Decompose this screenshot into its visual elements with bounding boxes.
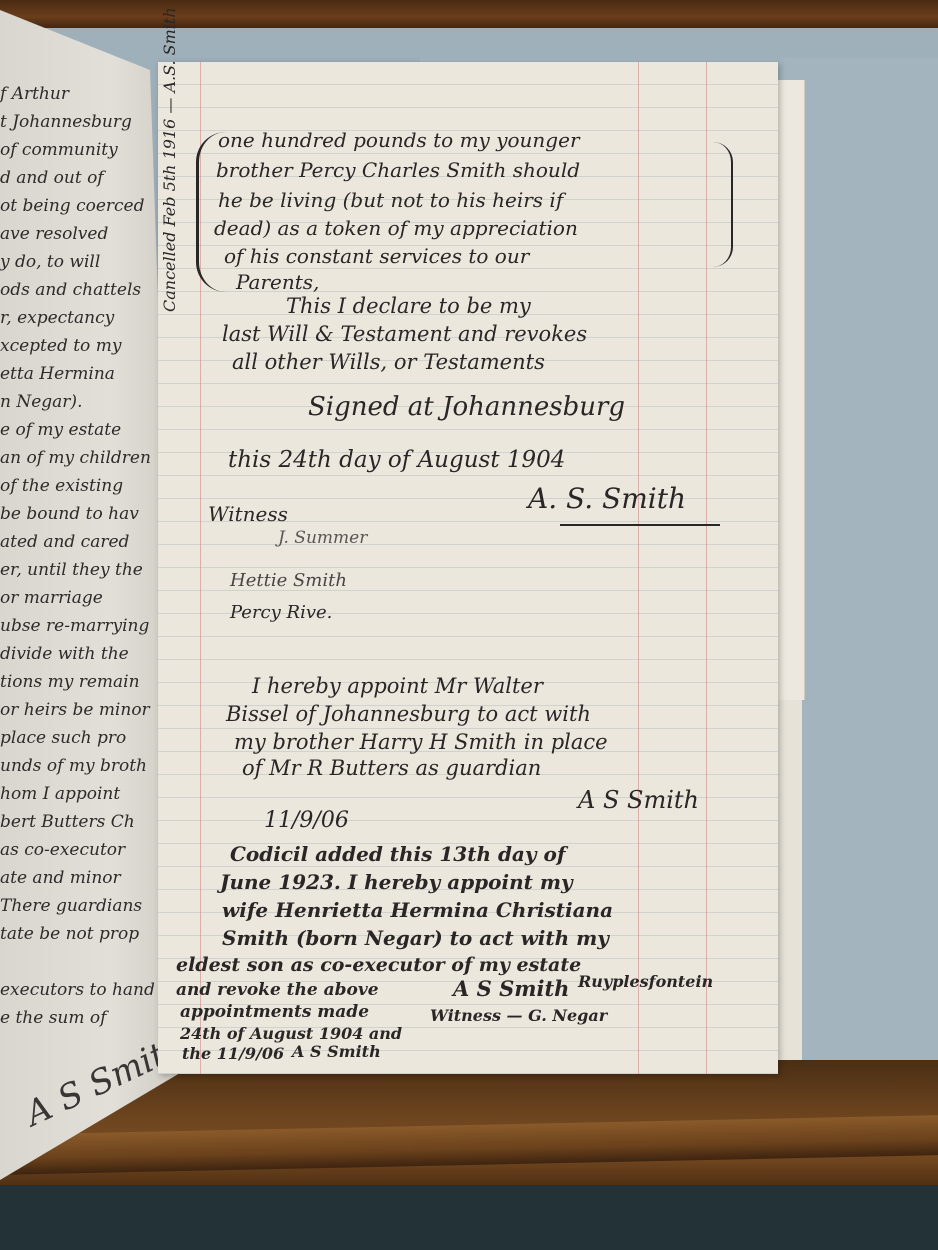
left-page-line: n Negar). (0, 388, 170, 416)
left-page-line: e of my estate (0, 416, 170, 444)
codicil-line: eldest son as co-executor of my estate (176, 954, 581, 976)
left-brace (196, 132, 226, 292)
left-page-line: xcepted to my (0, 332, 170, 360)
left-page-line: ate and minor (0, 864, 170, 892)
left-page-line: t Johannesburg (0, 108, 170, 136)
appointment-line: Bissel of Johannesburg to act with (226, 702, 591, 726)
witness-signature: Percy Rive. (230, 602, 332, 623)
codicil-signature: A S Smith (453, 976, 569, 1001)
appointment-signature: A S Smith (578, 786, 699, 814)
left-page-line: ot being coerced (0, 192, 170, 220)
witness-signature: Hettie Smith (230, 570, 347, 591)
declaration-line: last Will & Testament and revokes (222, 322, 587, 346)
left-page-line: ave resolved (0, 220, 170, 248)
appointment-line: of Mr R Butters as guardian (242, 756, 541, 780)
left-page-line: r, expectancy (0, 304, 170, 332)
left-page-line: hom I appoint (0, 780, 170, 808)
testator-signature: A. S. Smith (528, 482, 686, 515)
clause-line: dead) as a token of my appreciation (214, 216, 578, 240)
margin-line-right-2 (706, 62, 707, 1074)
signed-place: Signed at Johannesburg (308, 392, 625, 422)
left-page-line: of community (0, 136, 170, 164)
cancellation-margin-note: Cancelled Feb 5th 1916 — A.S. Smith (160, 7, 179, 312)
clause-line: one hundred pounds to my younger (218, 128, 580, 152)
witness-label: Witness (208, 502, 288, 526)
codicil-witness: Witness — G. Negar (430, 1006, 607, 1025)
appointment-date: 11/9/06 (264, 808, 349, 833)
signed-date: this 24th day of August 1904 (228, 447, 565, 473)
left-page-line: or heirs be minor (0, 696, 170, 724)
clause-line: he be living (but not to his heirs if (218, 188, 563, 212)
codicil-line: 24th of August 1904 and (180, 1024, 402, 1043)
codicil-line: Codicil added this 13th day of (230, 842, 565, 866)
wooden-shelf-top (0, 0, 938, 30)
left-page-line: of the existing (0, 472, 170, 500)
left-page-line: etta Hermina (0, 360, 170, 388)
dark-floor (0, 1185, 938, 1250)
clause-line: brother Percy Charles Smith should (216, 158, 580, 182)
codicil-line: the 11/9/06 (182, 1044, 284, 1063)
left-page-line: ubse re-marrying (0, 612, 170, 640)
left-page-line: tions my remain (0, 668, 170, 696)
codicil-line: wife Henrietta Hermina Christiana (222, 898, 613, 922)
clause-line: of his constant services to our (224, 244, 529, 268)
appointment-line: I hereby appoint Mr Walter (252, 674, 543, 698)
left-page-line: bert Butters Ch (0, 808, 170, 836)
left-page-line (0, 948, 170, 976)
left-page-line: e the sum of (0, 1004, 170, 1032)
left-page-line: unds of my broth (0, 752, 170, 780)
declaration-line: all other Wills, or Testaments (232, 350, 545, 374)
codicil-line: appointments made (180, 1002, 369, 1022)
left-page-line: divide with the (0, 640, 170, 668)
left-page-line: y do, to will (0, 248, 170, 276)
right-brace (713, 142, 733, 267)
left-page-line: or marriage (0, 584, 170, 612)
left-page-text: f Arthurt Johannesburgof communityd and … (0, 80, 170, 1032)
left-page-line: place such pro (0, 724, 170, 752)
clause-line: Parents, (236, 270, 319, 294)
declaration-line: This I declare to be my (286, 294, 531, 318)
appointment-line: my brother Harry H Smith in place (234, 730, 608, 754)
left-page-line: f Arthur (0, 80, 170, 108)
codicil-line: June 1923. I hereby appoint my (220, 870, 573, 894)
signature-underline (560, 524, 720, 526)
left-page-line: be bound to hav (0, 500, 170, 528)
left-page-line: There guardians (0, 892, 170, 920)
witness-signature: J. Summer (278, 528, 367, 548)
left-page-line: ods and chattels (0, 276, 170, 304)
left-page-line: an of my children (0, 444, 170, 472)
margin-line-right (638, 62, 639, 1074)
left-page-line: executors to hand (0, 976, 170, 1004)
left-page-line: tate be not prop (0, 920, 170, 948)
left-page-line: as co-executor (0, 836, 170, 864)
left-page-line: er, until they the (0, 556, 170, 584)
codicil-place: Ruyplesfontein (578, 972, 713, 991)
codicil-initials: A S Smith (292, 1042, 381, 1061)
will-page: Cancelled Feb 5th 1916 — A.S. Smith one … (158, 62, 778, 1074)
ruled-lines (158, 62, 778, 1074)
codicil-line: Smith (born Negar) to act with my (222, 926, 609, 950)
left-page-line: ated and cared (0, 528, 170, 556)
codicil-line: and revoke the above (176, 980, 379, 1000)
left-page-line: d and out of (0, 164, 170, 192)
